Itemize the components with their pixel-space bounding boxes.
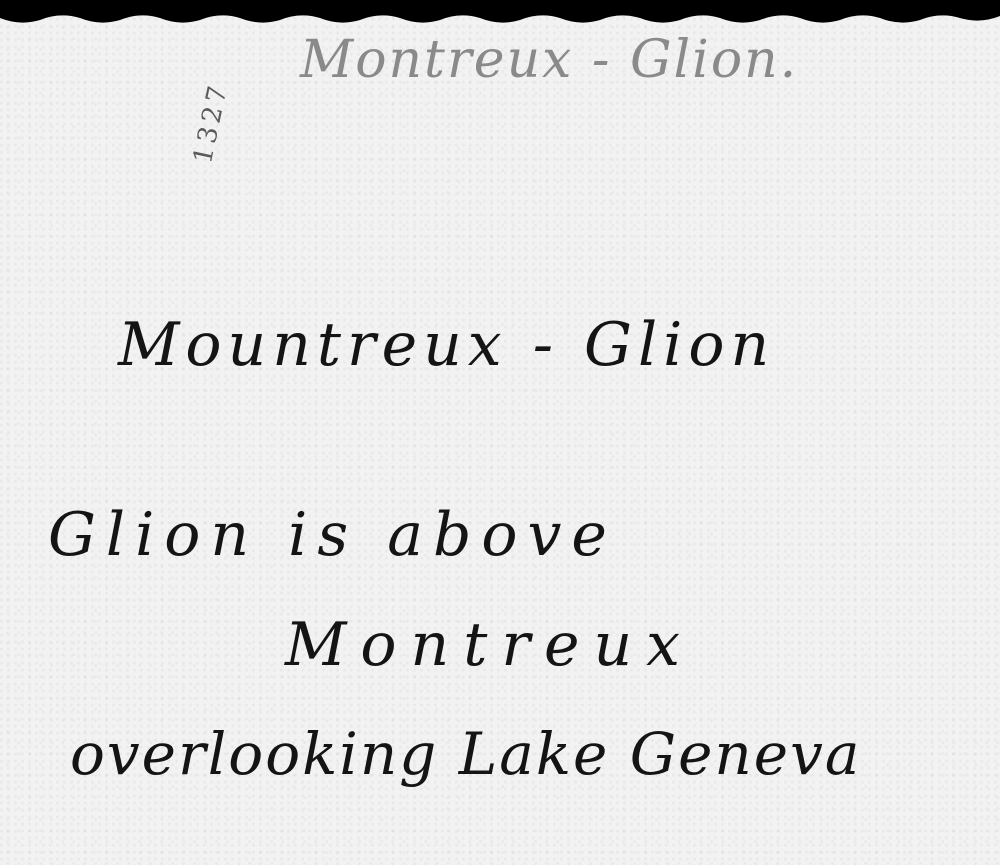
photo-back-card: Montreux - Glion. 1327 Mountreux - Glion…: [0, 10, 1000, 865]
ink-line-title: Mountreux - Glion: [118, 310, 775, 380]
pencil-caption: Montreux - Glion.: [300, 30, 798, 90]
ink-line-2: Glion is above: [48, 500, 617, 570]
ink-line-4: overlooking Lake Geneva: [70, 720, 861, 788]
catalog-number: 1327: [188, 80, 234, 167]
ink-line-3: Montreux: [285, 610, 694, 680]
